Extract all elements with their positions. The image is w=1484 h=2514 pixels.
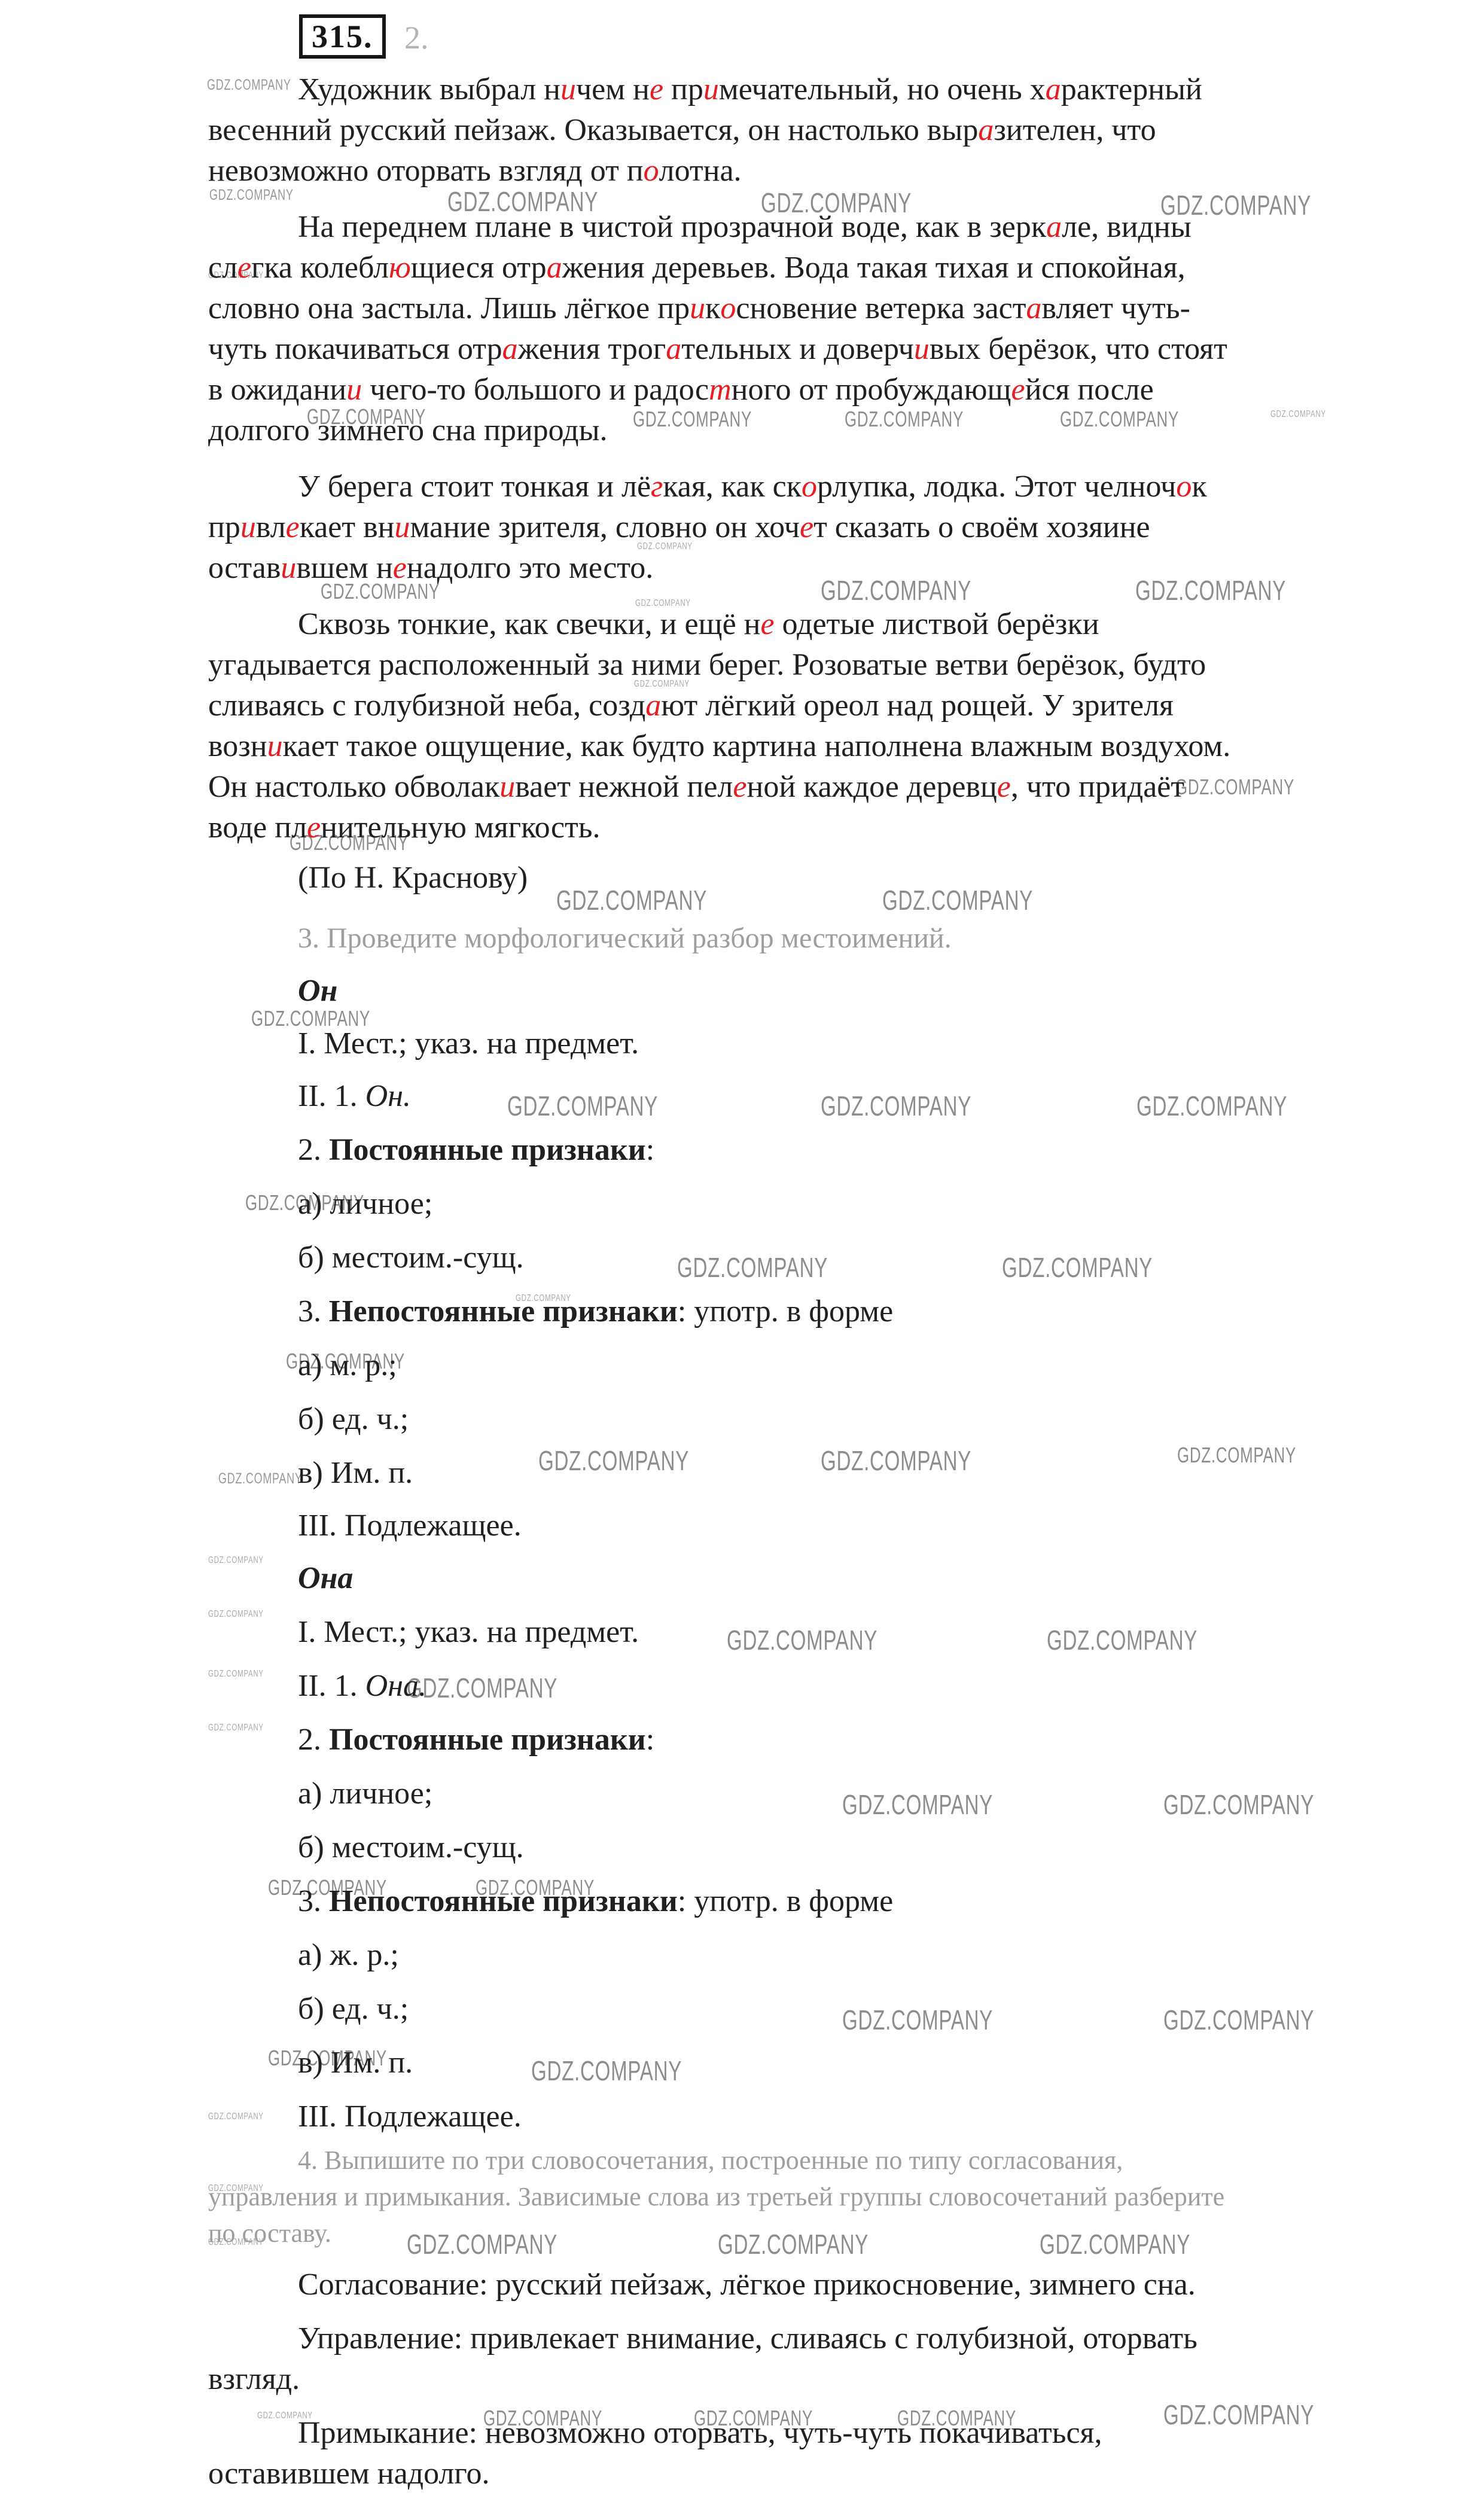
analysis-line: III. Подлежащее. — [208, 1506, 1410, 1546]
essay-line: невозможно оторвать взгляд от полотна. — [208, 151, 1410, 191]
analysis-line: 2. Постоянные признаки: — [208, 1130, 1410, 1171]
essay-line: Сквозь тонкие, как свечки, и ещё не одет… — [208, 604, 1410, 645]
highlighted-letter: а — [502, 332, 518, 366]
highlighted-letter: и — [346, 373, 362, 407]
answer-line: взгляд. — [208, 2359, 1410, 2400]
highlighted-letter: о — [720, 291, 736, 325]
essay-line: чуть покачиваться отражения трогательных… — [208, 329, 1410, 370]
highlighted-letter: а — [1046, 210, 1062, 244]
highlighted-letter: о — [644, 154, 659, 188]
highlighted-letter: и — [281, 551, 296, 585]
exercise-number-badge: 315. — [299, 14, 386, 59]
highlighted-letter: г — [651, 470, 663, 504]
highlighted-letter: и — [703, 72, 719, 106]
highlighted-letter: а — [547, 251, 562, 285]
essay-line: словно она застыла. Лишь лёгкое прикосно… — [208, 288, 1410, 329]
analysis-line: а) личное; — [208, 1184, 1410, 1224]
analysis-line: в) Им. п. — [208, 1453, 1410, 1494]
essay-line: привлекает внимание зрителя, словно он х… — [208, 507, 1410, 548]
analysis-line: б) ед. ч.; — [208, 1989, 1410, 2030]
highlighted-letter: и — [240, 510, 256, 544]
task-instruction-line: по составу. — [208, 2215, 1410, 2251]
pronoun-heading: Она — [208, 1558, 1410, 1599]
analysis-line: 3. Непостоянные признаки: употр. в форме — [208, 1291, 1410, 1332]
analysis-line: а) ж. р.; — [208, 1935, 1410, 1976]
essay-line: На переднем плане в чистой прозрачной во… — [208, 207, 1410, 248]
highlighted-letter: е — [650, 72, 663, 106]
highlighted-letter: и — [499, 770, 515, 804]
highlighted-letter: а — [1026, 291, 1041, 325]
highlighted-letter: т — [709, 373, 732, 407]
highlighted-letter: ю — [389, 251, 411, 285]
part-number-label: 2. — [404, 19, 429, 56]
essay-line: слегка колеблющиеся отражения деревьев. … — [208, 248, 1410, 288]
highlighted-letter: а — [1046, 72, 1061, 106]
highlighted-letter: е — [307, 810, 321, 845]
analysis-line: 3. Непостоянные признаки: употр. в форме — [208, 1881, 1410, 1922]
highlighted-letter: е — [997, 770, 1011, 804]
analysis-line: а) личное; — [208, 1773, 1410, 1814]
answer-line: Примыкание: невозможно оторвать, чуть-чу… — [208, 2413, 1410, 2454]
analysis-line: 2. Постоянные признаки: — [208, 1720, 1410, 1760]
answer-line: оставившем надолго. — [208, 2454, 1410, 2494]
highlighted-letter: е — [800, 510, 813, 544]
analysis-line: в) Им. п. — [208, 2043, 1410, 2083]
highlighted-letter: и — [267, 729, 283, 763]
highlighted-letter: и — [395, 510, 410, 544]
essay-line: Художник выбрал ничем не примечательный,… — [208, 69, 1410, 110]
analysis-line: б) местоим.-сущ. — [208, 1827, 1410, 1868]
highlighted-letter: е — [286, 510, 300, 544]
exercise-number: 315. — [312, 19, 373, 54]
document-body: Художник выбрал ничем не примечательный,… — [208, 69, 1410, 2494]
essay-line: воде пленительную мягкость. — [208, 807, 1410, 848]
analysis-line: I. Мест.; указ. на предмет. — [208, 1612, 1410, 1653]
analysis-line: б) местоим.-сущ. — [208, 1238, 1410, 1278]
essay-line: угадывается расположенный за ними берег.… — [208, 645, 1410, 685]
analysis-line: II. 1. Она. — [208, 1666, 1410, 1707]
task-instruction-line: 4. Выпишите по три словосочетания, постр… — [208, 2142, 1410, 2178]
highlighted-letter: е — [393, 551, 407, 585]
essay-line: в ожидании чего-то большого и радостного… — [208, 370, 1410, 410]
analysis-line: III. Подлежащее. — [208, 2096, 1410, 2137]
essay-line: оставившем ненадолго это место. — [208, 548, 1410, 589]
highlighted-letter: е — [760, 607, 774, 641]
highlighted-letter: о — [802, 470, 817, 504]
task-instruction-line: 3. Проведите морфологический разбор мест… — [208, 918, 1410, 959]
essay-line: долгого зимнего сна природы. — [208, 410, 1410, 451]
highlighted-letter: и — [914, 332, 930, 366]
answer-line: Согласование: русский пейзаж, лёгкое при… — [208, 2265, 1410, 2305]
analysis-line: I. Мест.; указ. на предмет. — [208, 1023, 1410, 1064]
analysis-line: б) ед. ч.; — [208, 1399, 1410, 1440]
highlighted-letter: о — [1176, 470, 1192, 504]
attribution-line: (По Н. Краснову) — [208, 858, 1410, 898]
essay-line: У берега стоит тонкая и лёгкая, как скор… — [208, 467, 1410, 507]
highlighted-letter: и — [560, 72, 576, 106]
highlighted-letter: а — [645, 688, 661, 723]
highlighted-letter: а — [666, 332, 681, 366]
answer-line: Управление: привлекает внимание, сливаяс… — [208, 2318, 1410, 2359]
highlighted-letter: а — [978, 113, 994, 147]
highlighted-letter: и — [690, 291, 705, 325]
essay-line: возникает такое ощущение, как будто карт… — [208, 726, 1410, 767]
essay-line: Он настолько обволакивает нежной пеленой… — [208, 767, 1410, 807]
analysis-line: а) м. р.; — [208, 1345, 1410, 1386]
highlighted-letter: е — [1011, 373, 1025, 407]
essay-line: сливаясь с голубизной неба, создают лёгк… — [208, 685, 1410, 726]
page: { "meta": { "watermark_label": "GDZ.COMP… — [0, 0, 1484, 2514]
task-instruction-line: управления и примыкания. Зависимые слова… — [208, 2178, 1410, 2215]
highlighted-letter: е — [237, 251, 251, 285]
analysis-line: II. 1. Он. — [208, 1076, 1410, 1117]
highlighted-letter: е — [733, 770, 746, 804]
pronoun-heading: Он — [208, 971, 1410, 1011]
essay-line: весенний русский пейзаж. Оказывается, он… — [208, 110, 1410, 151]
